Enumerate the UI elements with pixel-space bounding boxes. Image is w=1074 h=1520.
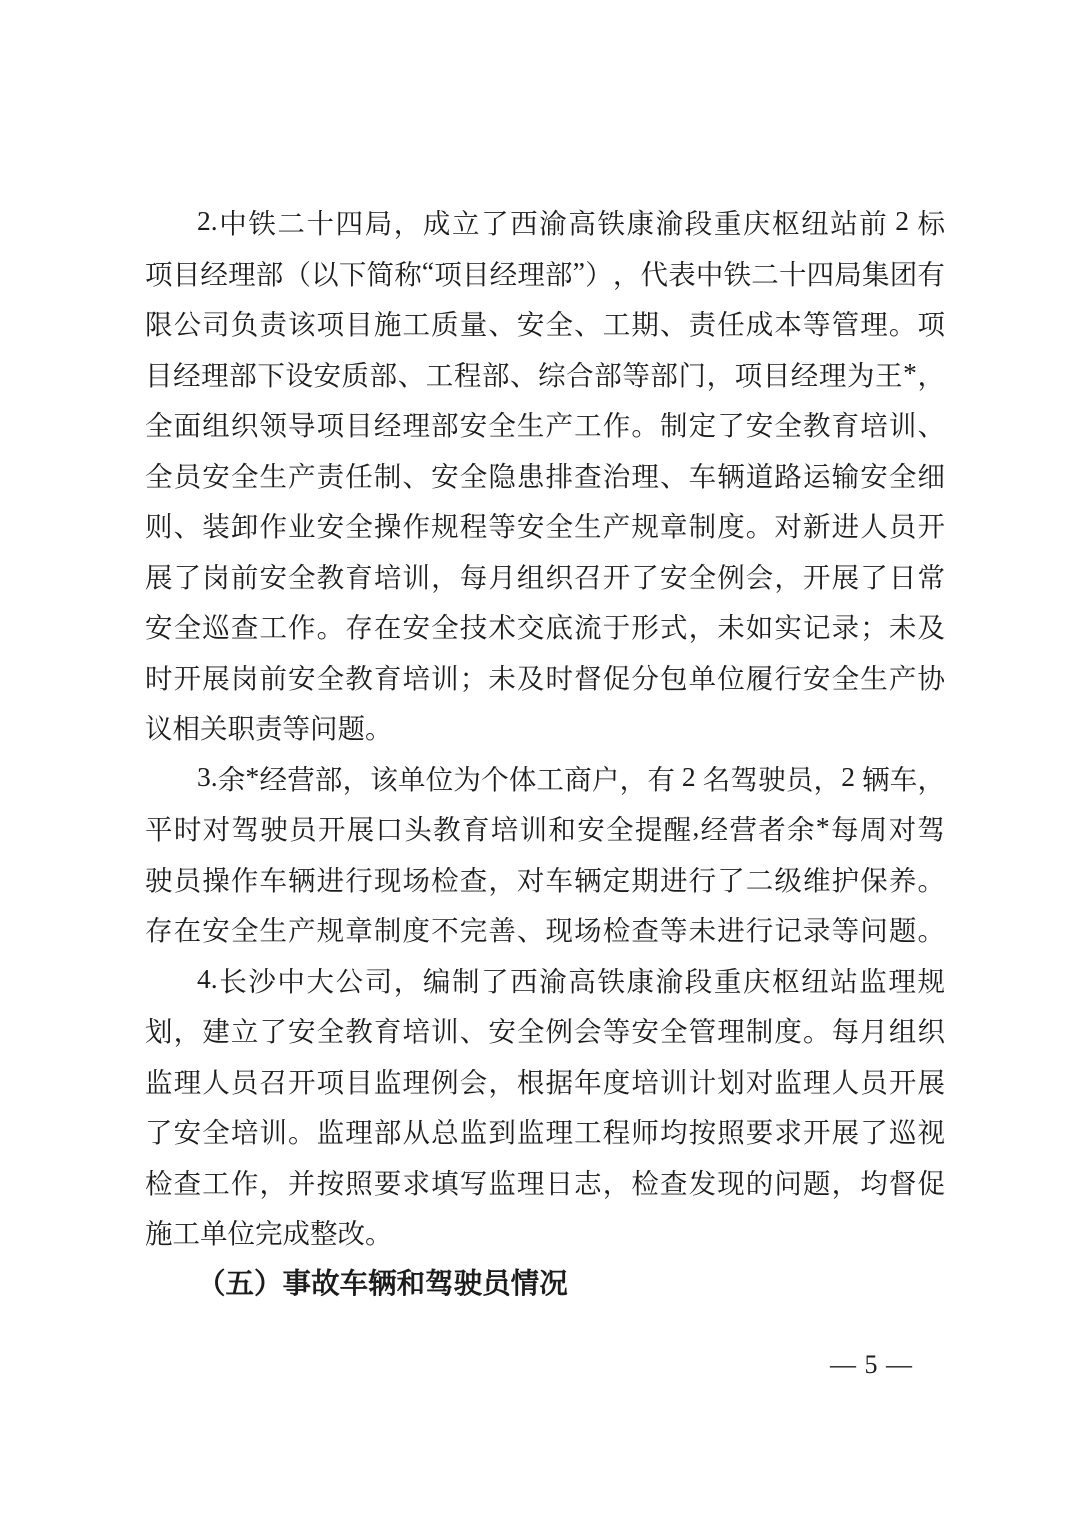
text-line: 驶员操作车辆进行现场检查，对车辆定期进行了二级维护保养。 [145, 853, 945, 904]
text-line: 监理人员召开项目监理例会，根据年度培训计划对监理人员开展 [145, 1055, 945, 1106]
text-line: 则、装卸作业安全操作规程等安全生产规章制度。对新进人员开 [145, 499, 945, 550]
section-heading: （五）事故车辆和驾驶员情况 [145, 1257, 945, 1308]
text-line: 展了岗前安全教育培训，每月组织召开了安全例会，开展了日常 [145, 550, 945, 601]
text-line: 议相关职责等问题。 [145, 701, 945, 752]
document-page: 2.中铁二十四局，成立了西渝高铁康渝段重庆枢纽站前 2 标 项目经理部（以下简称… [0, 0, 1074, 1520]
text-line: 2.中铁二十四局，成立了西渝高铁康渝段重庆枢纽站前 2 标 [145, 196, 945, 247]
text-line: 全员安全生产责任制、安全隐患排查治理、车辆道路运输安全细 [145, 449, 945, 500]
text-line: 限公司负责该项目施工质量、安全、工期、责任成本等管理。项 [145, 297, 945, 348]
text-line: 项目经理部（以下简称“项目经理部”），代表中铁二十四局集团有 [145, 247, 945, 298]
text-line: 了安全培训。监理部从总监到监理工程师均按照要求开展了巡视 [145, 1105, 945, 1156]
text-line: 3.余*经营部，该单位为个体工商户，有 2 名驾驶员，2 辆车， [145, 752, 945, 803]
text-line: 划，建立了安全教育培训、安全例会等安全管理制度。每月组织 [145, 1004, 945, 1055]
text-line: 存在安全生产规章制度不完善、现场检查等未进行记录等问题。 [145, 903, 945, 954]
text-line: 安全巡查工作。存在安全技术交底流于形式，未如实记录；未及 [145, 600, 945, 651]
text-line: 目经理部下设安质部、工程部、综合部等部门，项目经理为王*， [145, 348, 945, 399]
text-line: 全面组织领导项目经理部安全生产工作。制定了安全教育培训、 [145, 398, 945, 449]
text-line: 检查工作，并按照要求填写监理日志，检查发现的问题，均督促 [145, 1156, 945, 1207]
text-line: 4.长沙中大公司，编制了西渝高铁康渝段重庆枢纽站监理规 [145, 954, 945, 1005]
document-body: 2.中铁二十四局，成立了西渝高铁康渝段重庆枢纽站前 2 标 项目经理部（以下简称… [145, 196, 945, 1307]
text-line: 施工单位完成整改。 [145, 1206, 945, 1257]
text-line: 平时对驾驶员开展口头教育培训和安全提醒,经营者余*每周对驾 [145, 802, 945, 853]
text-line: 时开展岗前安全教育培训；未及时督促分包单位履行安全生产协 [145, 651, 945, 702]
page-number: — 5 — [830, 1350, 913, 1380]
